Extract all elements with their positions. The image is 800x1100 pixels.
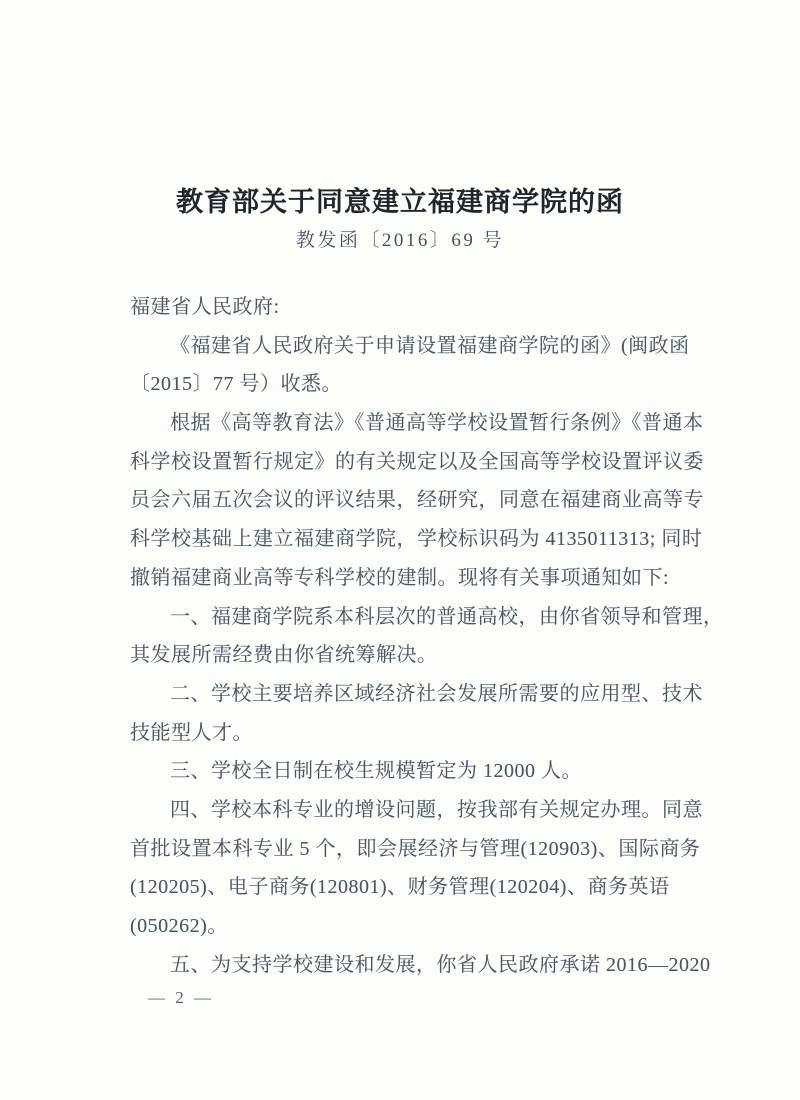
- salutation-line: 福建省人民政府:: [130, 288, 705, 327]
- body-line-item-3: 三、学校全日制在校生规模暂定为 12000 人。: [130, 752, 705, 791]
- page-number: — 2 —: [148, 988, 214, 1008]
- body-line: 根据《高等教育法》《普通高等学校设置暂行条例》《普通本: [130, 404, 705, 443]
- document-body: 福建省人民政府: 《福建省人民政府关于申请设置福建商学院的函》(闽政函 〔201…: [130, 288, 705, 984]
- body-line-item-2: 二、学校主要培养区域经济社会发展所需要的应用型、技术: [130, 675, 705, 714]
- body-line: (120205)、电子商务(120801)、财务管理(120204)、商务英语: [130, 868, 705, 907]
- body-line: 科学校基础上建立福建商学院，学校标识码为 4135011313; 同时: [130, 520, 705, 559]
- body-line: 员会六届五次会议的评议结果，经研究，同意在福建商业高等专: [130, 481, 705, 520]
- body-line: 〔2015〕77 号）收悉。: [130, 365, 705, 404]
- body-line: (050262)。: [130, 907, 705, 946]
- body-line: 首批设置本科专业 5 个，即会展经济与管理(120903)、国际商务: [130, 830, 705, 869]
- body-line: 其发展所需经费由你省统筹解决。: [130, 636, 705, 675]
- body-line-item-4: 四、学校本科专业的增设问题，按我部有关规定办理。同意: [130, 791, 705, 830]
- document-page: 教育部关于同意建立福建商学院的函 教发函〔2016〕69 号 福建省人民政府: …: [0, 0, 800, 1100]
- body-line-item-1: 一、福建商学院系本科层次的普通高校，由你省领导和管理，: [130, 598, 705, 637]
- body-line: 撤销福建商业高等专科学校的建制。现将有关事项通知如下:: [130, 559, 705, 598]
- body-line: 《福建省人民政府关于申请设置福建商学院的函》(闽政函: [130, 327, 705, 366]
- document-number: 教发函〔2016〕69 号: [0, 225, 800, 252]
- body-line: 科学校设置暂行规定》的有关规定以及全国高等学校设置评议委: [130, 443, 705, 482]
- body-line-item-5: 五、为支持学校建设和发展，你省人民政府承诺 2016—2020: [130, 946, 705, 985]
- body-line: 技能型人才。: [130, 714, 705, 753]
- document-title: 教育部关于同意建立福建商学院的函: [0, 180, 800, 219]
